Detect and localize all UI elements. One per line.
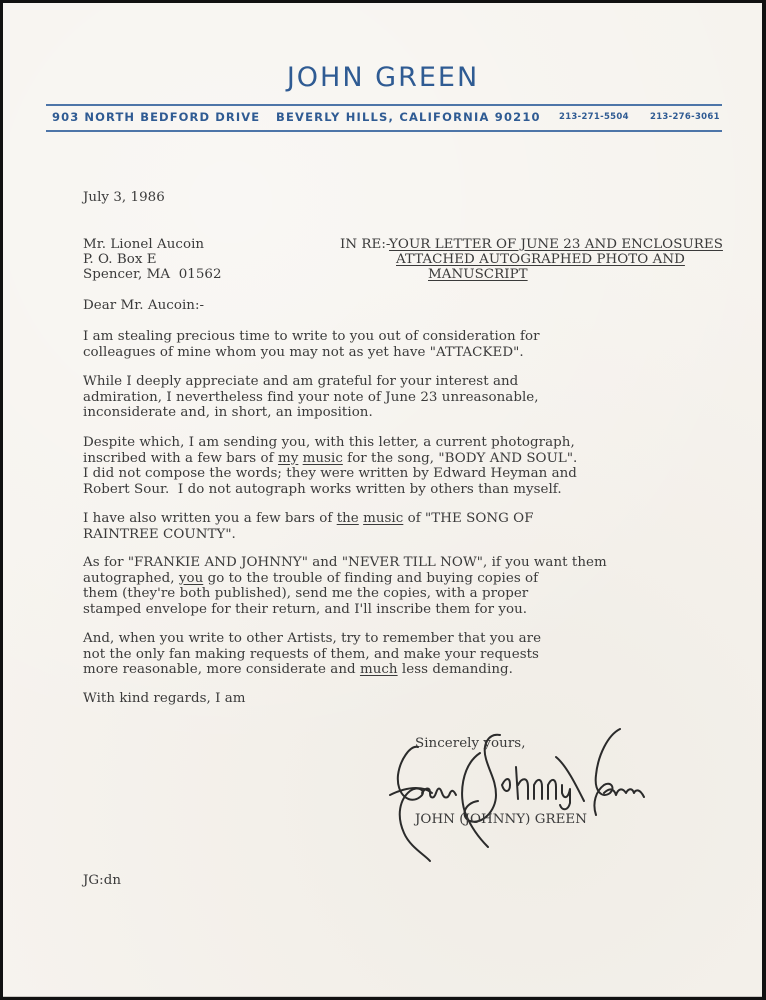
paragraph-3: Despite which, I am sending you, with th… [83, 435, 743, 497]
text-line: inconsiderate and, in short, an impositi… [83, 405, 743, 421]
re-line: YOUR LETTER OF JUNE 23 AND ENCLOSURES [389, 237, 723, 252]
letterhead-rule-top [46, 104, 722, 106]
underlined-word: music [363, 511, 403, 526]
salutation: Dear Mr. Aucoin:- [83, 298, 204, 313]
text-segment: more reasonable, more considerate and [83, 662, 360, 677]
closing-line: With kind regards, I am [83, 691, 246, 706]
letter-date: July 3, 1986 [83, 190, 165, 205]
recipient-line: P. O. Box E [83, 252, 222, 267]
letterhead-address: 903 NORTH BEDFORD DRIVE [52, 110, 260, 124]
text-line: not the only fan making requests of them… [83, 647, 743, 663]
text-line: autographed, you go to the trouble of fi… [83, 571, 743, 587]
paragraph-2: While I deeply appreciate and am gratefu… [83, 374, 743, 421]
underlined-word: music [303, 451, 343, 466]
text-segment: I have also written you a few bars of [83, 511, 337, 526]
text-line: I have also written you a few bars of th… [83, 511, 743, 527]
paragraph-4: I have also written you a few bars of th… [83, 511, 743, 542]
text-line: Robert Sour. I do not autograph works wr… [83, 482, 743, 498]
re-line: MANUSCRIPT [428, 267, 528, 282]
letterhead-name: JOHN GREEN [0, 62, 766, 93]
paper-bottom-edge [3, 996, 762, 997]
text-line: Despite which, I am sending you, with th… [83, 435, 743, 451]
text-segment: of "THE SONG OF [403, 511, 533, 526]
recipient-address: Mr. Lionel AucoinP. O. Box ESpencer, MA … [83, 237, 222, 282]
text-line: I am stealing precious time to write to … [83, 329, 743, 345]
text-segment: inscribed with a few bars of [83, 451, 278, 466]
text-segment: less demanding. [398, 662, 513, 677]
letterhead-phone-1: 213-271-5504 [559, 112, 629, 122]
text-line: more reasonable, more considerate and mu… [83, 662, 743, 678]
text-segment: autographed, [83, 571, 179, 586]
text-line: As for "FRANKIE AND JOHNNY" and "NEVER T… [83, 555, 743, 571]
text-line: them (they're both published), send me t… [83, 586, 743, 602]
paragraph-1: I am stealing precious time to write to … [83, 329, 743, 360]
typed-signature-name: JOHN (JOHNNY) GREEN [415, 812, 587, 827]
letterhead-rule-bottom [46, 130, 722, 132]
paragraph-5: As for "FRANKIE AND JOHNNY" and "NEVER T… [83, 555, 743, 617]
text-segment: for the song, "BODY AND SOUL". [343, 451, 578, 466]
recipient-line: Spencer, MA 01562 [83, 267, 222, 282]
text-line: RAINTREE COUNTY". [83, 527, 743, 543]
letterhead-city: BEVERLY HILLS, CALIFORNIA 90210 [276, 110, 541, 124]
text-line: colleagues of mine whom you may not as y… [83, 345, 743, 361]
paragraph-6: And, when you write to other Artists, tr… [83, 631, 743, 678]
recipient-line: Mr. Lionel Aucoin [83, 237, 222, 252]
underlined-word: much [360, 662, 398, 677]
underlined-word: my [278, 451, 298, 466]
re-label: IN RE:- [340, 237, 389, 252]
text-segment: go to the trouble of finding and buying … [203, 571, 538, 586]
re-line: ATTACHED AUTOGRAPHED PHOTO AND [396, 252, 685, 267]
letterhead-phone-2: 213-276-3061 [650, 112, 720, 122]
text-line: And, when you write to other Artists, tr… [83, 631, 743, 647]
text-line: I did not compose the words; they were w… [83, 466, 743, 482]
text-line: While I deeply appreciate and am gratefu… [83, 374, 743, 390]
text-line: admiration, I nevertheless find your not… [83, 390, 743, 406]
text-line: stamped envelope for their return, and I… [83, 602, 743, 618]
text-line: inscribed with a few bars of my music fo… [83, 451, 743, 467]
typist-initials: JG:dn [83, 873, 121, 888]
underlined-word: the [337, 511, 359, 526]
subject-reference: IN RE:-YOUR LETTER OF JUNE 23 AND ENCLOS… [340, 237, 723, 282]
underlined-word: you [179, 571, 203, 586]
handwritten-signature [370, 715, 650, 865]
